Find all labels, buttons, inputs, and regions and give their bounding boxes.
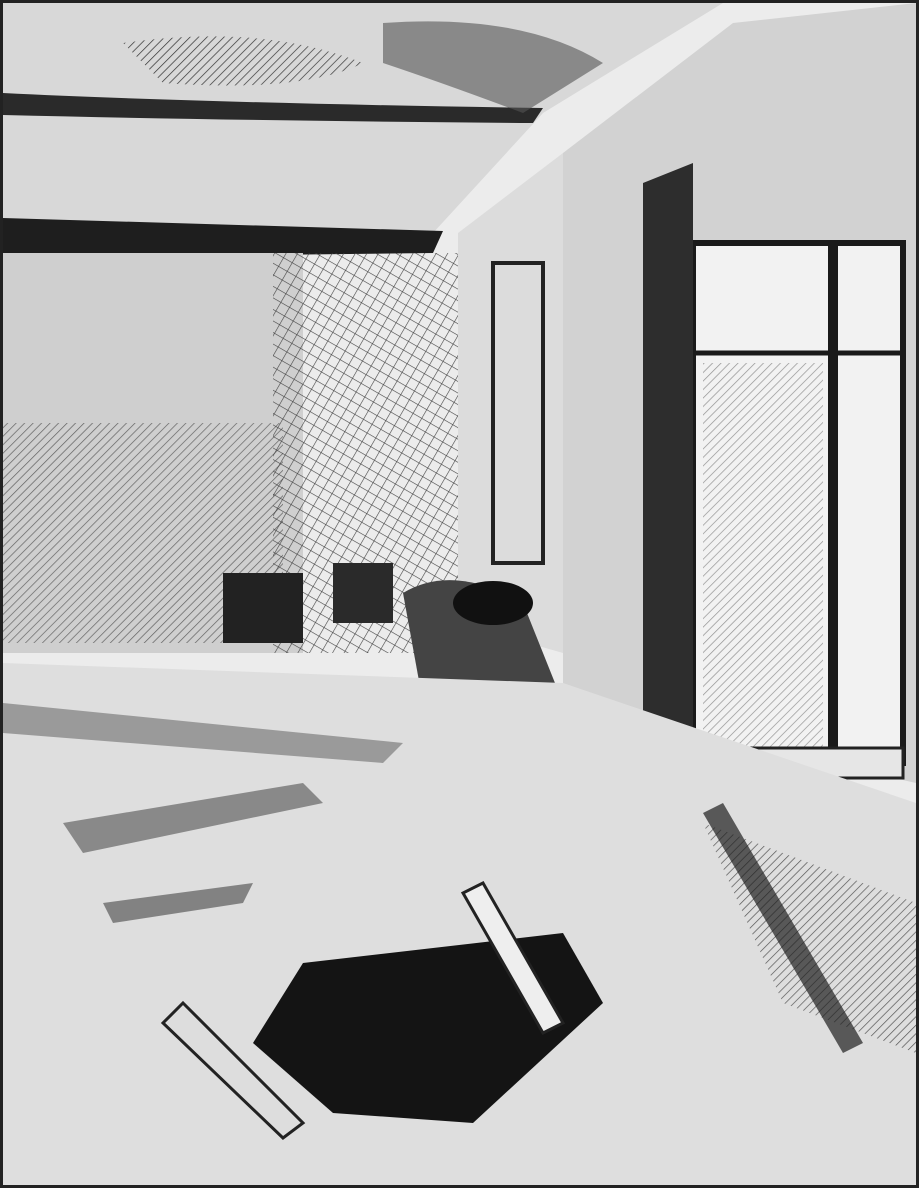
open-shutter (643, 163, 693, 783)
chair (223, 573, 303, 643)
side-wall (458, 153, 563, 653)
ruined-room-drawing (3, 3, 916, 1185)
illustration-frame (0, 0, 919, 1188)
